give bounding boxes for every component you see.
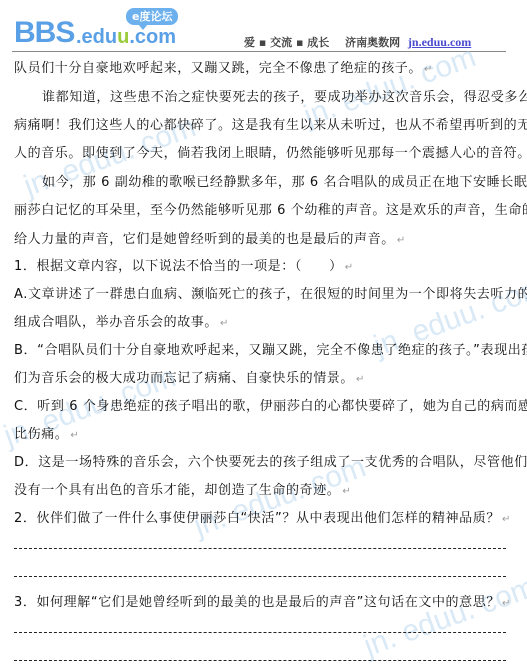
site-name: 济南奥数网: [345, 36, 400, 49]
header-divider: [12, 51, 506, 52]
text: 给人力量的声音，它们是她曾经听到的最美的也是最后的声音。: [14, 232, 395, 247]
paragraph-mark-icon: ↵: [424, 64, 433, 75]
logo-domain-text: .eduu.com: [76, 25, 176, 49]
answer-line-q3[interactable]: [14, 660, 506, 661]
text: 1．根据文章内容，以下说法不恰当的一项是：（ ）: [14, 259, 343, 274]
slogan-text: 爱 ▪ 交流 ▪ 成长: [244, 36, 329, 49]
paragraph-mark-icon: ↵: [502, 598, 511, 609]
text: 2．伙伴们做了一件什么事使伊丽莎白“快活”？从中表现出他们怎样的精神品质？: [14, 511, 500, 526]
header-slogan: 爱 ▪ 交流 ▪ 成长 济南奥数网 jn.eduu.com: [244, 34, 471, 50]
text: 丽莎白记忆的耳朵里，至今仍然能够听见那 6 个幼稚的声音。这是欢乐的声音，生命的…: [14, 203, 527, 218]
watermark: jn. eduu. com: [360, 570, 527, 664]
text: 谁都知道，这些患不治之症快要死去的孩子，要成功举办这次音乐会，得忍受多么大的: [42, 90, 527, 105]
paragraph-mark-icon: ↵: [220, 318, 229, 329]
passage-line: 病痛啊！我们这些人的心都快碎了。这是我有生以来从未听过，也从不希望再听到的无比动: [14, 117, 527, 135]
logo-domain-tld: .com: [129, 26, 176, 48]
paragraph-mark-icon: ↵: [345, 262, 354, 273]
text: 们为音乐会的极大成功而忘记了病痛、自豪快乐的情景。: [14, 371, 354, 386]
question-3-stem: 3．如何理解“它们是她曾经听到的最美的也是最后的声音”这句话在文中的意思？↵: [14, 594, 511, 613]
bbs-eduu-logo[interactable]: BBS .eduu.com e度论坛: [14, 8, 184, 50]
paragraph-mark-icon: ↵: [502, 514, 511, 525]
text: 没有一个具有出色的音乐才能，却创造了生命的奇迹。: [14, 483, 340, 498]
paragraph-mark-icon: ↵: [342, 486, 351, 497]
paragraph-mark-icon: ↵: [70, 430, 79, 441]
passage-line: 人的音乐。即使到了今天，倘若我闭上眼睛，仍然能够听见那每一个震撼人心的音符。↵: [14, 145, 527, 164]
option-b-line: 们为音乐会的极大成功而忘记了病痛、自豪快乐的情景。↵: [14, 370, 365, 389]
text: 组成合唱队，举办音乐会的故事。: [14, 315, 218, 330]
page-header: BBS .eduu.com e度论坛 爱 ▪ 交流 ▪ 成长 济南奥数网 jn.…: [0, 0, 527, 55]
answer-line-q2[interactable]: [14, 548, 506, 549]
site-link[interactable]: jn.eduu.com: [408, 35, 471, 49]
option-a-line: 组成合唱队，举办音乐会的故事。↵: [14, 314, 229, 333]
passage-line: 队员们十分自豪地欢呼起来，又蹦又跳，完全不像患了绝症的孩子。↵: [14, 60, 433, 79]
option-c-line: C．听到 6 个身患绝症的孩子唱出的歌，伊丽莎白的心都快要碎了，她为自己的病而感…: [14, 398, 527, 417]
passage-line: 谁都知道，这些患不治之症快要死去的孩子，要成功举办这次音乐会，得忍受多么大的: [14, 89, 527, 107]
option-c-line: 比伤痛。↵: [14, 426, 79, 445]
logo-domain-part: .edu: [76, 26, 117, 48]
answer-line-q3[interactable]: [14, 632, 506, 633]
option-d-line: 没有一个具有出色的音乐才能，却创造了生命的奇迹。↵: [14, 482, 351, 501]
question-2-stem: 2．伙伴们做了一件什么事使伊丽莎白“快活”？从中表现出他们怎样的精神品质？↵: [14, 510, 511, 529]
logo-domain-leaf-u: u: [117, 26, 129, 48]
logo-bbs-text: BBS: [14, 16, 74, 50]
text: 队员们十分自豪地欢呼起来，又蹦又跳，完全不像患了绝症的孩子。: [14, 61, 422, 76]
text: B．“合唱队员们十分自豪地欢呼起来，又蹦又跳，完全不像患了绝症的孩子。”表现出孩…: [14, 343, 527, 358]
text: 病痛啊！我们这些人的心都快碎了。这是我有生以来从未听过，也从不希望再听到的无比动: [14, 118, 527, 133]
text: C．听到 6 个身患绝症的孩子唱出的歌，伊丽莎白的心都快要碎了，她为自己的病而感…: [14, 399, 527, 414]
text: A.文章讲述了一群患白血病、濒临死亡的孩子，在很短的时间里为一个即将失去听力的孩…: [14, 287, 527, 302]
question-1-stem: 1．根据文章内容，以下说法不恰当的一项是：（ ）↵: [14, 258, 354, 277]
passage-line: 丽莎白记忆的耳朵里，至今仍然能够听见那 6 个幼稚的声音。这是欢乐的声音，生命的…: [14, 202, 527, 220]
paragraph-mark-icon: ↵: [356, 374, 365, 385]
text: D．这是一场特殊的音乐会，六个快要死去的孩子组成了一支优秀的合唱队，尽管他们中间: [14, 455, 527, 470]
option-a-line: A.文章讲述了一群患白血病、濒临死亡的孩子，在很短的时间里为一个即将失去听力的孩…: [14, 286, 527, 305]
option-d-line: D．这是一场特殊的音乐会，六个快要死去的孩子组成了一支优秀的合唱队，尽管他们中间…: [14, 454, 527, 473]
text: 人的音乐。即使到了今天，倘若我闭上眼睛，仍然能够听见那每一个震撼人心的音符。: [14, 146, 527, 161]
text: 3．如何理解“它们是她曾经听到的最美的也是最后的声音”这句话在文中的意思？: [14, 595, 500, 610]
passage-line: 给人力量的声音，它们是她曾经听到的最美的也是最后的声音。↵: [14, 231, 406, 250]
option-b-line: B．“合唱队员们十分自豪地欢呼起来，又蹦又跳，完全不像患了绝症的孩子。”表现出孩…: [14, 342, 527, 361]
answer-line-q2[interactable]: [14, 576, 506, 577]
text: 如今，那 6 副幼稚的歌喉已经静默多年，那 6 名合唱队的成员正在地下安睡长眠，…: [42, 175, 527, 190]
passage-line: 如今，那 6 副幼稚的歌喉已经静默多年，那 6 名合唱队的成员正在地下安睡长眠，…: [14, 174, 527, 192]
paragraph-mark-icon: ↵: [397, 235, 406, 246]
logo-speech-bubble: e度论坛: [126, 8, 178, 25]
text: 比伤痛。: [14, 427, 68, 442]
